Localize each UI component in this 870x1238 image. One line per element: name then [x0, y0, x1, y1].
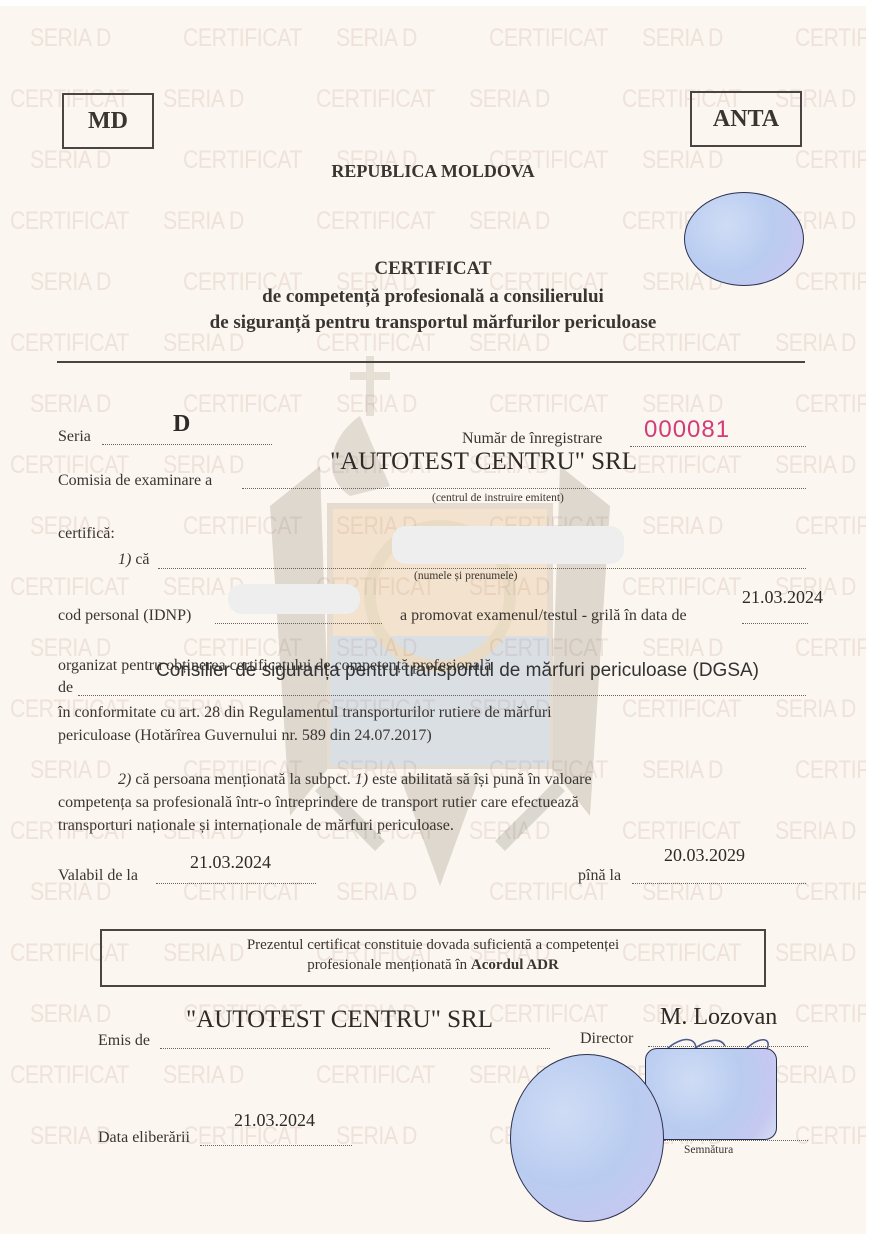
registration-number: 000081 — [644, 416, 730, 444]
adr-notice-box: Prezentul certificat constituie dovada s… — [100, 929, 766, 987]
idnp-line — [215, 623, 382, 624]
valid-to-label: pînă la — [578, 867, 621, 885]
seria-value: D — [173, 411, 190, 438]
certifies-label: certifică: — [58, 525, 115, 543]
conformity-line1: în conformitate cu art. 28 din Regulamen… — [58, 704, 552, 722]
item2-text-b: este abilitată să își pună în valoare — [372, 771, 591, 788]
registration-label: Număr de înregistrare — [462, 430, 602, 448]
issue-date-value: 21.03.2024 — [234, 1110, 315, 1131]
item2-reference: 1) — [355, 771, 368, 788]
watermark-row: CERTIFICATSERIA DCERTIFICATSERIA DCERTIF… — [10, 207, 775, 236]
item2-line2: competența sa profesională într-o întrep… — [58, 794, 579, 812]
commission-label: Comisia de examinare a — [58, 472, 212, 490]
commission-value: "AUTOTEST CENTRU" SRL — [330, 448, 637, 476]
director-name: M. Lozovan — [660, 1004, 777, 1031]
registration-line — [630, 446, 806, 447]
valid-to-value: 20.03.2029 — [664, 845, 745, 866]
title-divider — [57, 361, 805, 363]
issued-by-value: "AUTOTEST CENTRU" SRL — [186, 1006, 493, 1034]
valid-from-value: 21.03.2024 — [190, 852, 271, 873]
name-caption: (numele și prenumele) — [414, 570, 517, 582]
notice-adr-bold: Acordul ADR — [471, 957, 559, 973]
document-title: CERTIFICAT — [0, 258, 866, 280]
passed-label: a promovat examenul/testul - grilă în da… — [400, 607, 687, 625]
notice-line1: Prezentul certificat constituie dovada s… — [102, 937, 764, 954]
watermark-row: SERIA DCERTIFICATSERIA DCERTIFICATSERIA … — [30, 390, 795, 419]
item1-label: 1) că — [118, 551, 150, 569]
conformity-line2: periculoase (Hotărîrea Guvernului nr. 58… — [58, 727, 432, 745]
qualification-line — [78, 695, 806, 696]
commission-caption: (centrul de instruire emitent) — [432, 492, 564, 504]
of-label: de — [58, 679, 73, 697]
director-label: Director — [580, 1030, 633, 1048]
signature-stamp-rect — [645, 1048, 777, 1140]
signature-caption: Semnătura — [684, 1144, 733, 1156]
signature-line — [664, 1140, 808, 1141]
exam-date: 21.03.2024 — [742, 587, 823, 608]
agency-code: ANTA — [713, 106, 779, 133]
item1-text: că — [135, 551, 149, 568]
watermark-row: CERTIFICATSERIA DCERTIFICATSERIA DCERTIF… — [10, 573, 775, 602]
seria-line — [102, 444, 272, 445]
country-name: REPUBLICA MOLDOVA — [0, 161, 866, 182]
document-subtitle-line1: de competență profesională a consilierul… — [0, 286, 866, 308]
qualification-value: Consilier de siguranța pentru transportu… — [156, 660, 759, 682]
agency-code-box: ANTA — [690, 91, 802, 147]
certificate-page: SERIA DCERTIFICATSERIA DCERTIFICATSERIA … — [0, 6, 866, 1234]
commission-line — [242, 488, 806, 489]
item1-number: 1) — [118, 551, 131, 568]
item2-line1: 2) că persoana menționată la subpct. 1) … — [118, 771, 592, 789]
document-subtitle-line2: de siguranță pentru transportul mărfuril… — [0, 312, 866, 334]
redacted-idnp — [228, 584, 360, 614]
valid-to-line — [632, 883, 806, 884]
company-stamp-seal — [510, 1054, 664, 1222]
country-code-box: MD — [62, 93, 154, 149]
item2-text-a: că persoana menționată la subpct. — [135, 771, 350, 788]
notice-line2: profesionale menționată în Acordul ADR — [102, 957, 764, 974]
idnp-label: cod personal (IDNP) — [58, 607, 191, 625]
valid-from-label: Valabil de la — [58, 867, 138, 885]
valid-from-line — [156, 883, 316, 884]
watermark-row: SERIA DCERTIFICATSERIA DCERTIFICATSERIA … — [30, 24, 795, 53]
issue-date-line — [200, 1145, 352, 1146]
redacted-name — [392, 526, 624, 564]
country-code: MD — [88, 108, 128, 135]
item2-number: 2) — [118, 771, 131, 788]
issue-date-label: Data eliberării — [98, 1129, 190, 1147]
name-line — [158, 568, 806, 569]
issued-by-line — [160, 1048, 550, 1049]
issued-by-label: Emis de — [98, 1032, 150, 1050]
seria-label: Seria — [58, 428, 91, 446]
exam-date-line — [742, 623, 808, 624]
item2-line3: transporturi naționale și internaționale… — [58, 817, 454, 835]
notice-line2-text: profesionale menționată în — [307, 957, 467, 973]
